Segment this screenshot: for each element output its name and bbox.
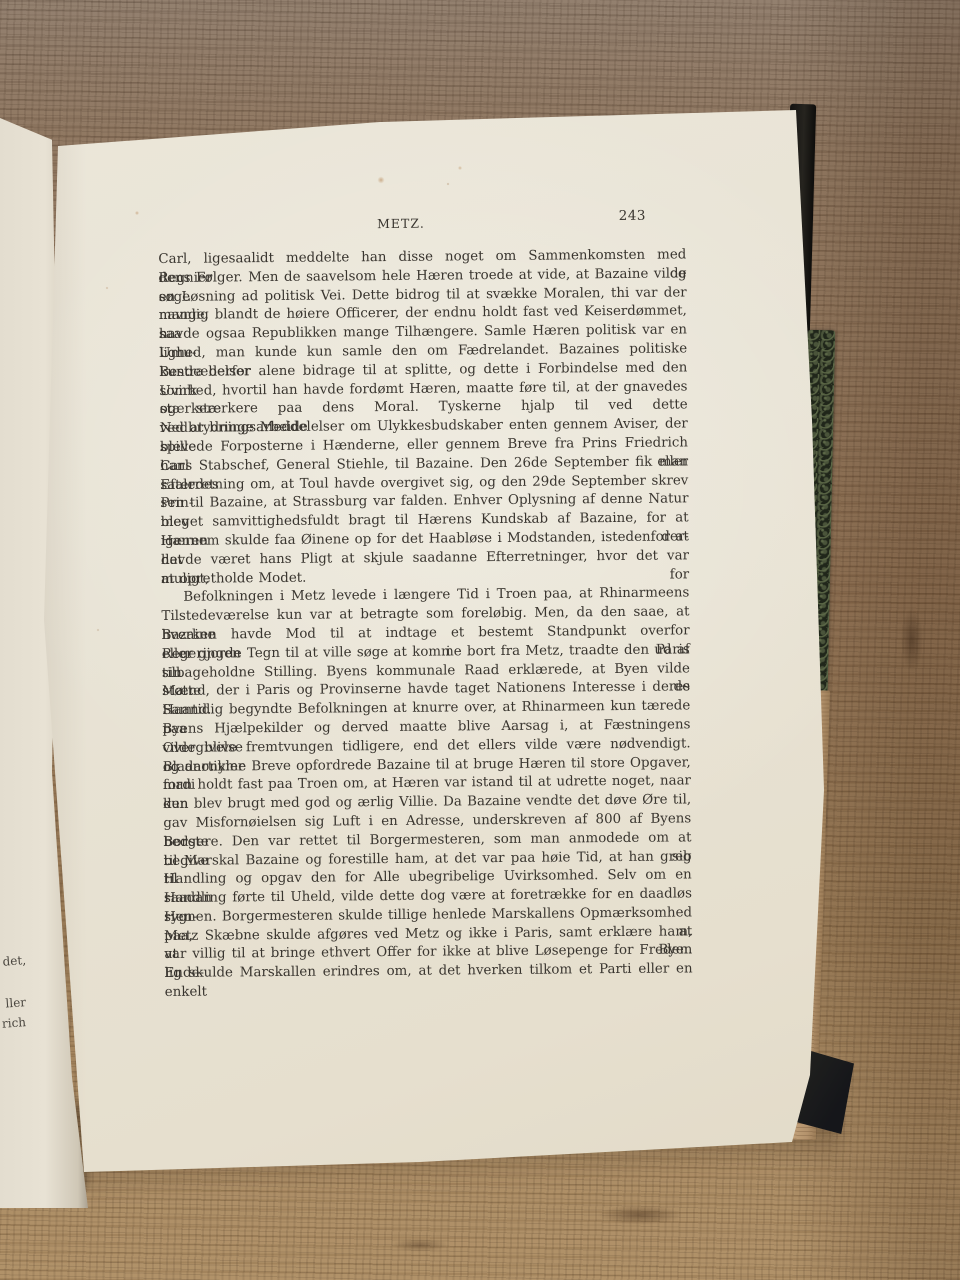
text-line: havde været hans Pligt at skjule saadann… bbox=[161, 547, 689, 570]
page-header: METZ. 243 bbox=[158, 213, 686, 234]
left-page-text-fragment: rich bbox=[0, 1015, 26, 1031]
running-title: METZ. bbox=[377, 216, 425, 231]
printed-text-block: METZ. 243 Carl, ligesaalidt meddelte han… bbox=[158, 213, 693, 984]
page-number: 243 bbox=[619, 208, 646, 224]
left-page-text-fragment: det, bbox=[0, 953, 26, 969]
left-page-text-fragment: ller bbox=[0, 995, 26, 1011]
text-line: lig skulde Marskallen erindres om, at de… bbox=[165, 961, 693, 984]
